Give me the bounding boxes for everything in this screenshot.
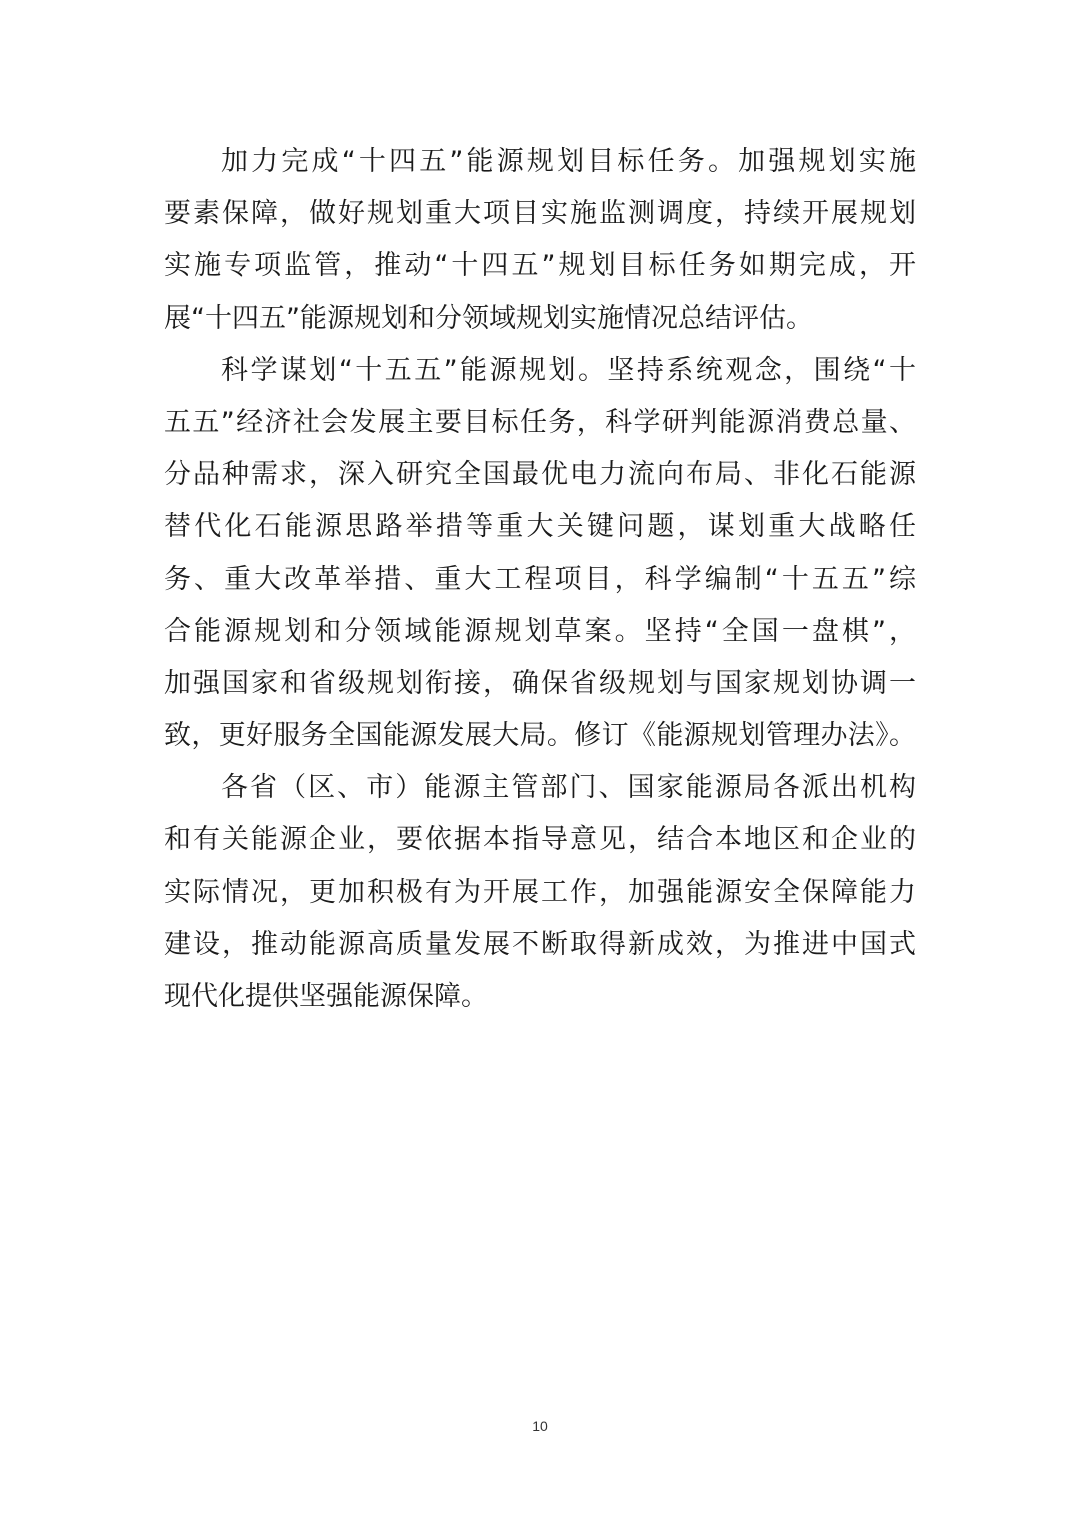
document-page: 加力完成“十四五”能源规划目标任务。加强规划实施 要素保障，做好规划重大项目实施… xyxy=(0,0,1080,1527)
text-line: 分品种需求，深入研究全国最优电力流向布局、非化石能源 xyxy=(164,449,916,501)
text-line: 五五”经济社会发展主要目标任务，科学研判能源消费总量、 xyxy=(164,397,916,449)
text-line: 合能源规划和分领域能源规划草案。坚持“全国一盘棋”， xyxy=(164,606,916,658)
paragraph-plan-15th-fyp: 科学谋划“十五五”能源规划。坚持系统观念，围绕“十 五五”经济社会发展主要目标任… xyxy=(164,345,916,763)
text-line: 实际情况，更加积极有为开展工作，加强能源安全保障能力 xyxy=(164,867,916,919)
text-line: 科学谋划“十五五”能源规划。坚持系统观念，围绕“十 xyxy=(164,345,916,397)
text-line: 各省（区、市）能源主管部门、国家能源局各派出机构 xyxy=(164,762,916,814)
text-line: 致，更好服务全国能源发展大局。修订《能源规划管理办法》。 xyxy=(164,710,916,762)
text-line: 建设，推动能源高质量发展不断取得新成效，为推进中国式 xyxy=(164,919,916,971)
text-line: 和有关能源企业，要依据本指导意见，结合本地区和企业的 xyxy=(164,814,916,866)
text-line: 实施专项监管，推动“十四五”规划目标任务如期完成，开 xyxy=(164,240,916,292)
paragraph-complete-14th-fyp-tasks: 加力完成“十四五”能源规划目标任务。加强规划实施 要素保障，做好规划重大项目实施… xyxy=(164,136,916,345)
text-line: 现代化提供坚强能源保障。 xyxy=(164,971,916,1023)
text-line: 替代化石能源思路举措等重大关键问题，谋划重大战略任 xyxy=(164,501,916,553)
paragraph-closing-instructions: 各省（区、市）能源主管部门、国家能源局各派出机构 和有关能源企业，要依据本指导意… xyxy=(164,762,916,1023)
text-line: 加力完成“十四五”能源规划目标任务。加强规划实施 xyxy=(164,136,916,188)
page-number: 10 xyxy=(0,1418,1080,1434)
text-line: 加强国家和省级规划衔接，确保省级规划与国家规划协调一 xyxy=(164,658,916,710)
body-text: 加力完成“十四五”能源规划目标任务。加强规划实施 要素保障，做好规划重大项目实施… xyxy=(164,136,916,1023)
text-line: 务、重大改革举措、重大工程项目，科学编制“十五五”综 xyxy=(164,554,916,606)
text-line: 要素保障，做好规划重大项目实施监测调度，持续开展规划 xyxy=(164,188,916,240)
text-line: 展“十四五”能源规划和分领域规划实施情况总结评估。 xyxy=(164,293,916,345)
